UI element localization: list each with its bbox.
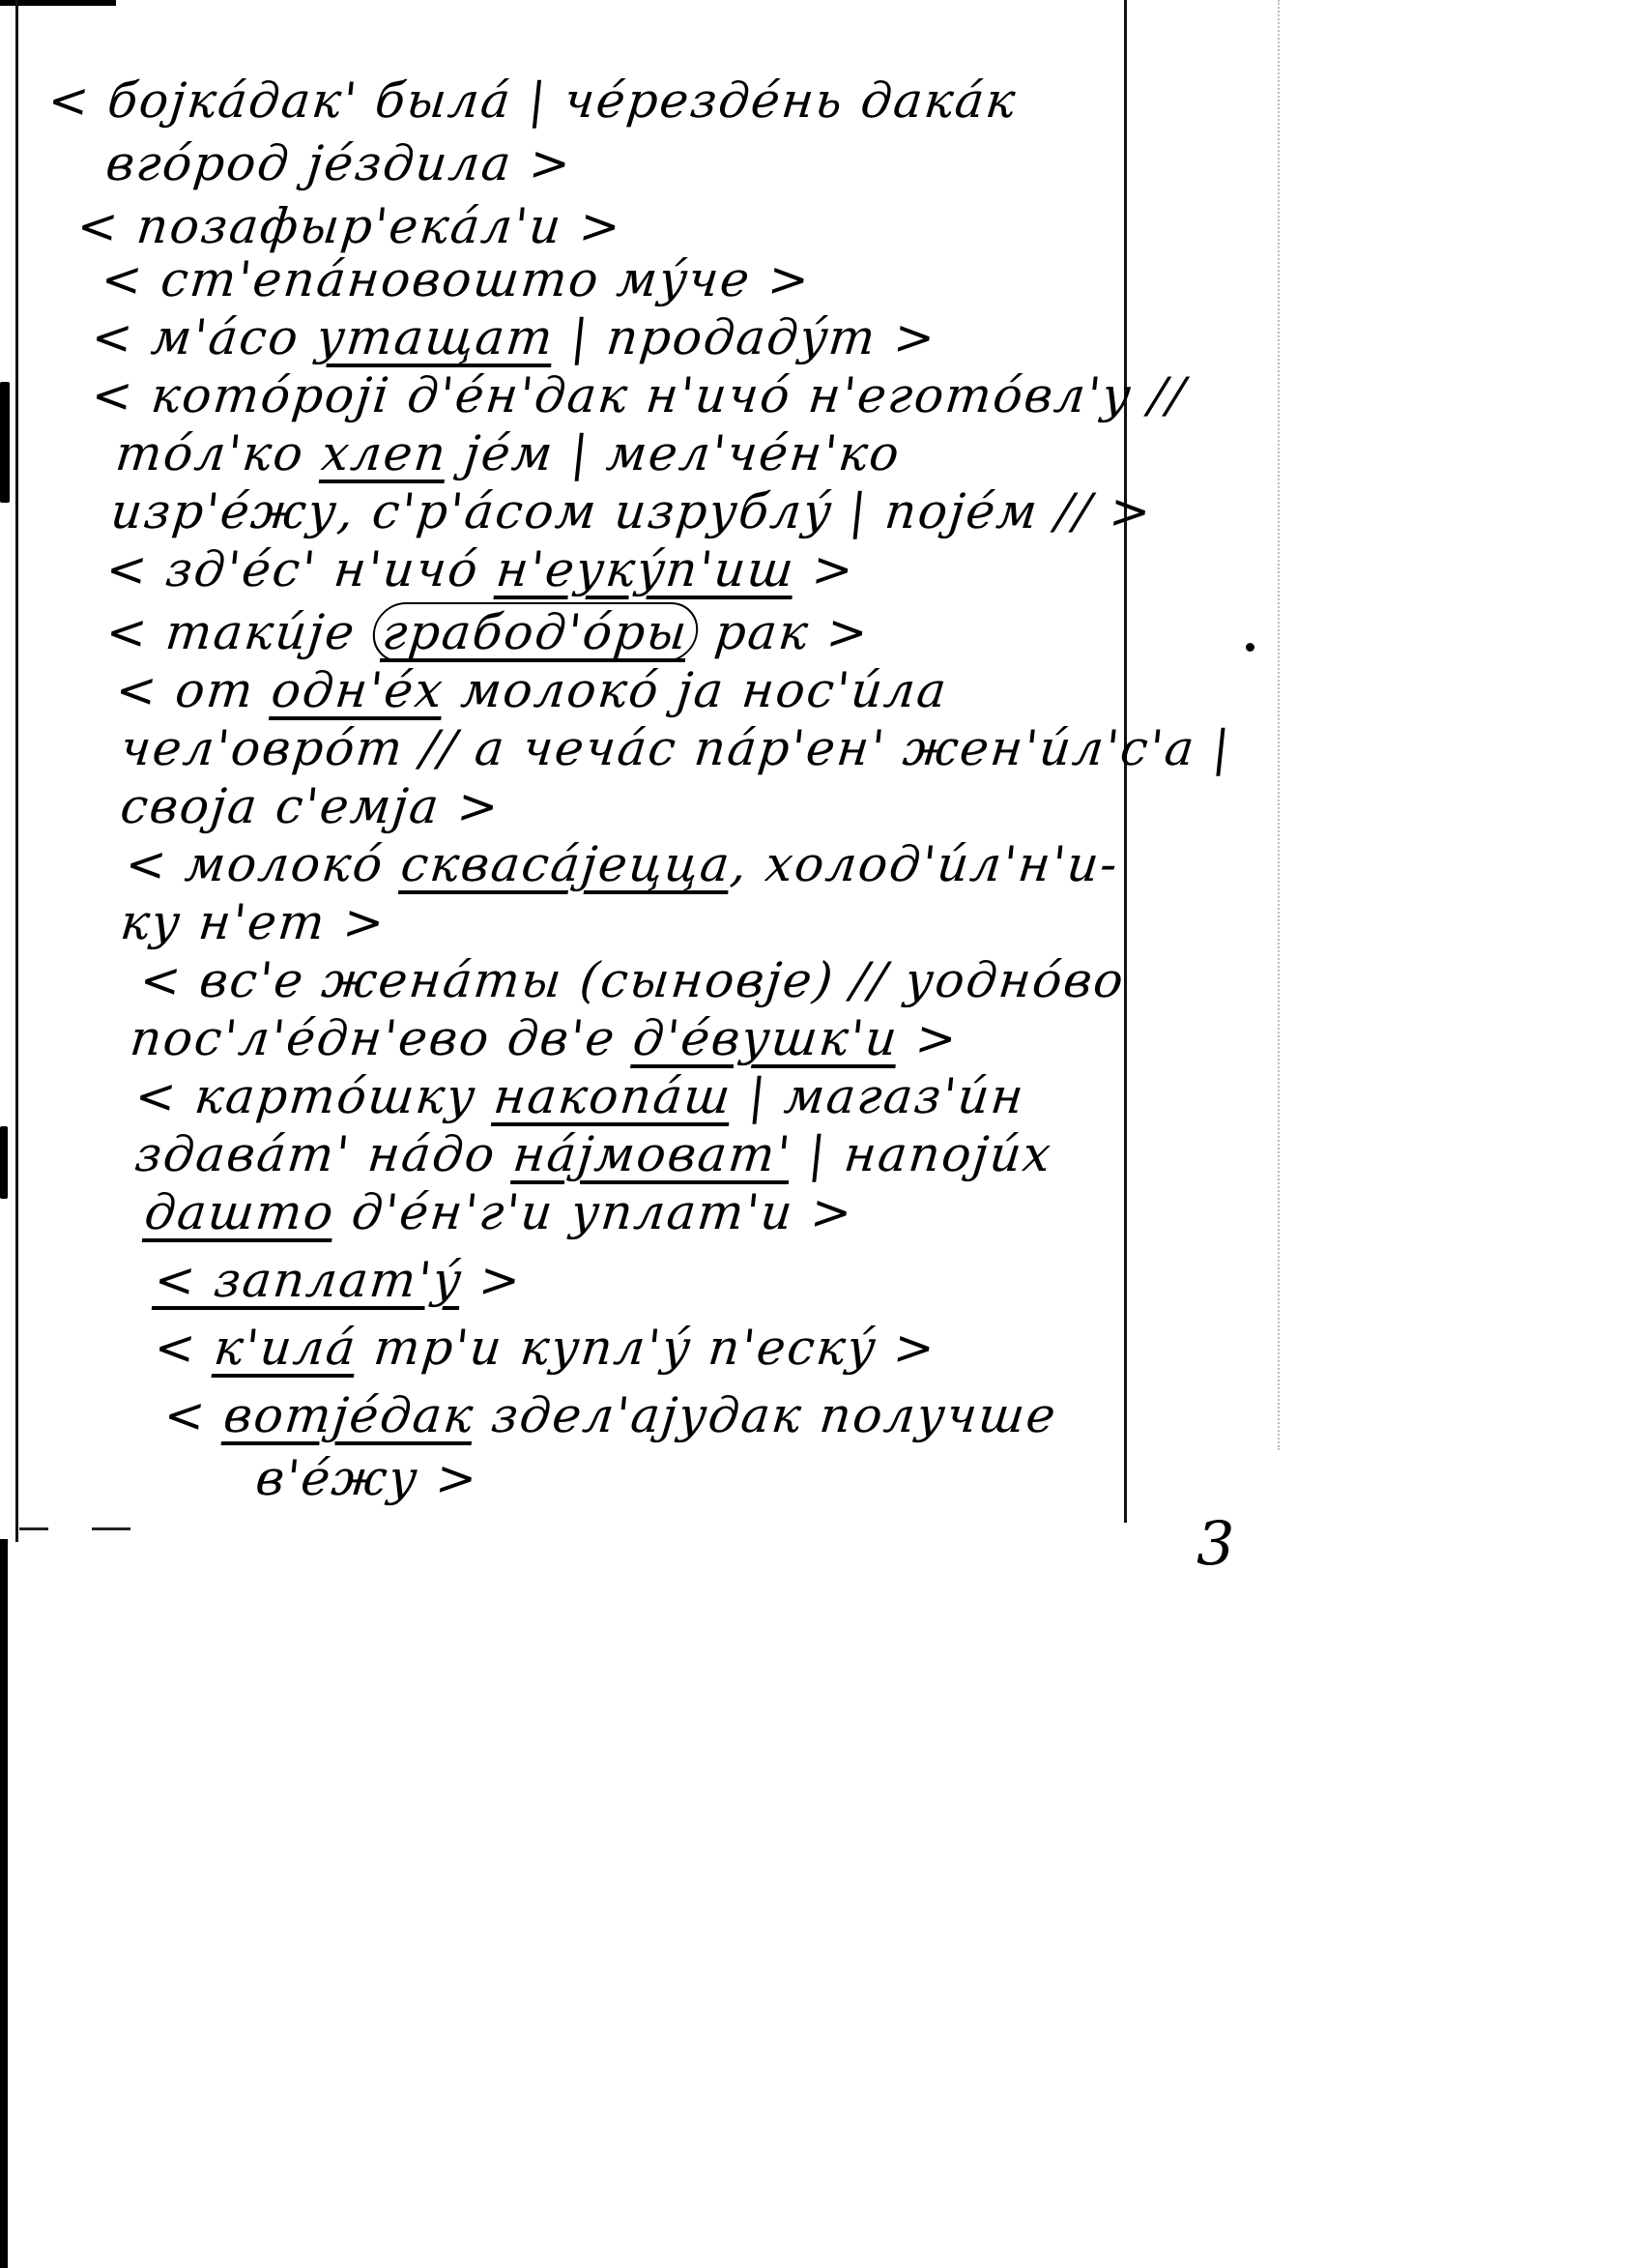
left-page-border <box>15 0 18 1542</box>
page-bottom-fragment <box>92 1527 130 1530</box>
text-line: пос'л'éдн'ево дв'е д'éвушк'и > <box>128 1010 962 1066</box>
underlined-word: утащат <box>314 309 558 365</box>
underlined-word: накопáш <box>491 1068 735 1124</box>
text-line: тóл'ко хлеп јéм | мел'чéн'ко <box>113 425 904 481</box>
text-line: вгóрод јéздила > <box>103 135 575 191</box>
underlined-word: одн'éх <box>269 662 447 718</box>
scan-left-edge <box>0 1539 8 2268</box>
scanned-page: < бојкáдак' былá | чéрездéнь дакáк вгóро… <box>0 0 1643 2268</box>
text-line: ку н'ет > <box>118 894 389 950</box>
text-line: < ст'епáновошто мýче > <box>99 251 814 307</box>
circled-underlined-word: грабод'óры <box>370 602 702 662</box>
page-number: 3 <box>1196 1508 1234 1579</box>
ink-dot <box>1246 643 1254 652</box>
underlined-word: н'еукýп'иш <box>494 541 798 597</box>
text-line: < позафыр'екáл'и > <box>74 198 625 254</box>
text-line: своја с'емја > <box>118 778 503 834</box>
underlined-word: < заплат'ý <box>152 1252 465 1308</box>
text-line: < к'илá тр'и купл'ý п'ескý > <box>152 1320 939 1376</box>
underlined-word: вотјéдак <box>221 1387 477 1443</box>
underlined-word: к'илá <box>212 1320 360 1376</box>
text-line: < заплат'ý > <box>152 1252 525 1308</box>
faint-fold-line <box>1278 0 1280 1450</box>
underlined-word: дашто <box>142 1184 337 1240</box>
text-line: чел'оврóт // а чечáс пáр'ен' жен'úл'с'а … <box>118 720 1234 776</box>
text-line: < м'áсо утащат | продадýт > <box>89 309 939 365</box>
text-line: < зд'éс' н'ичó н'еукýп'иш > <box>103 541 858 597</box>
text-line: < котóројі д'éн'дак н'ичó н'еготóвл'у // <box>89 367 1189 423</box>
text-line: < вотјéдак здел'ајудак получше <box>161 1387 1060 1443</box>
text-line: изр'éжу, с'р'áсом изрублý | појéм // > <box>108 483 1155 539</box>
text-line: < бојкáдак' былá | чéрездéнь дакáк <box>45 73 1020 129</box>
underlined-word: хлеп <box>319 425 450 481</box>
underlined-word: д'éвушк'и <box>630 1010 901 1066</box>
text-line: < вс'е женáты (сыновје) // уоднóво <box>137 952 1128 1008</box>
underlined-word: нáјмоват' <box>510 1126 794 1182</box>
left-scan-mark <box>0 382 10 503</box>
text-line: здавáт' нáдо нáјмоват' | напојúх <box>132 1126 1055 1182</box>
text-line: < от одн'éх молокó ја нос'úла <box>113 662 951 718</box>
text-line: дашто д'éн'г'и уплат'и > <box>142 1184 856 1240</box>
text-line: < картóшку накопáш | магаз'úн <box>132 1068 1027 1124</box>
text-line: < молокó сквасáјецца, холод'úл'н'и- <box>123 836 1122 892</box>
text-line: в'éжу > <box>253 1450 481 1506</box>
text-line: < такúје грабод'óры рак > <box>103 604 873 660</box>
underlined-word: сквасáјецца <box>398 836 734 892</box>
left-scan-mark <box>0 1126 8 1199</box>
page-bottom-fragment <box>19 1527 48 1530</box>
